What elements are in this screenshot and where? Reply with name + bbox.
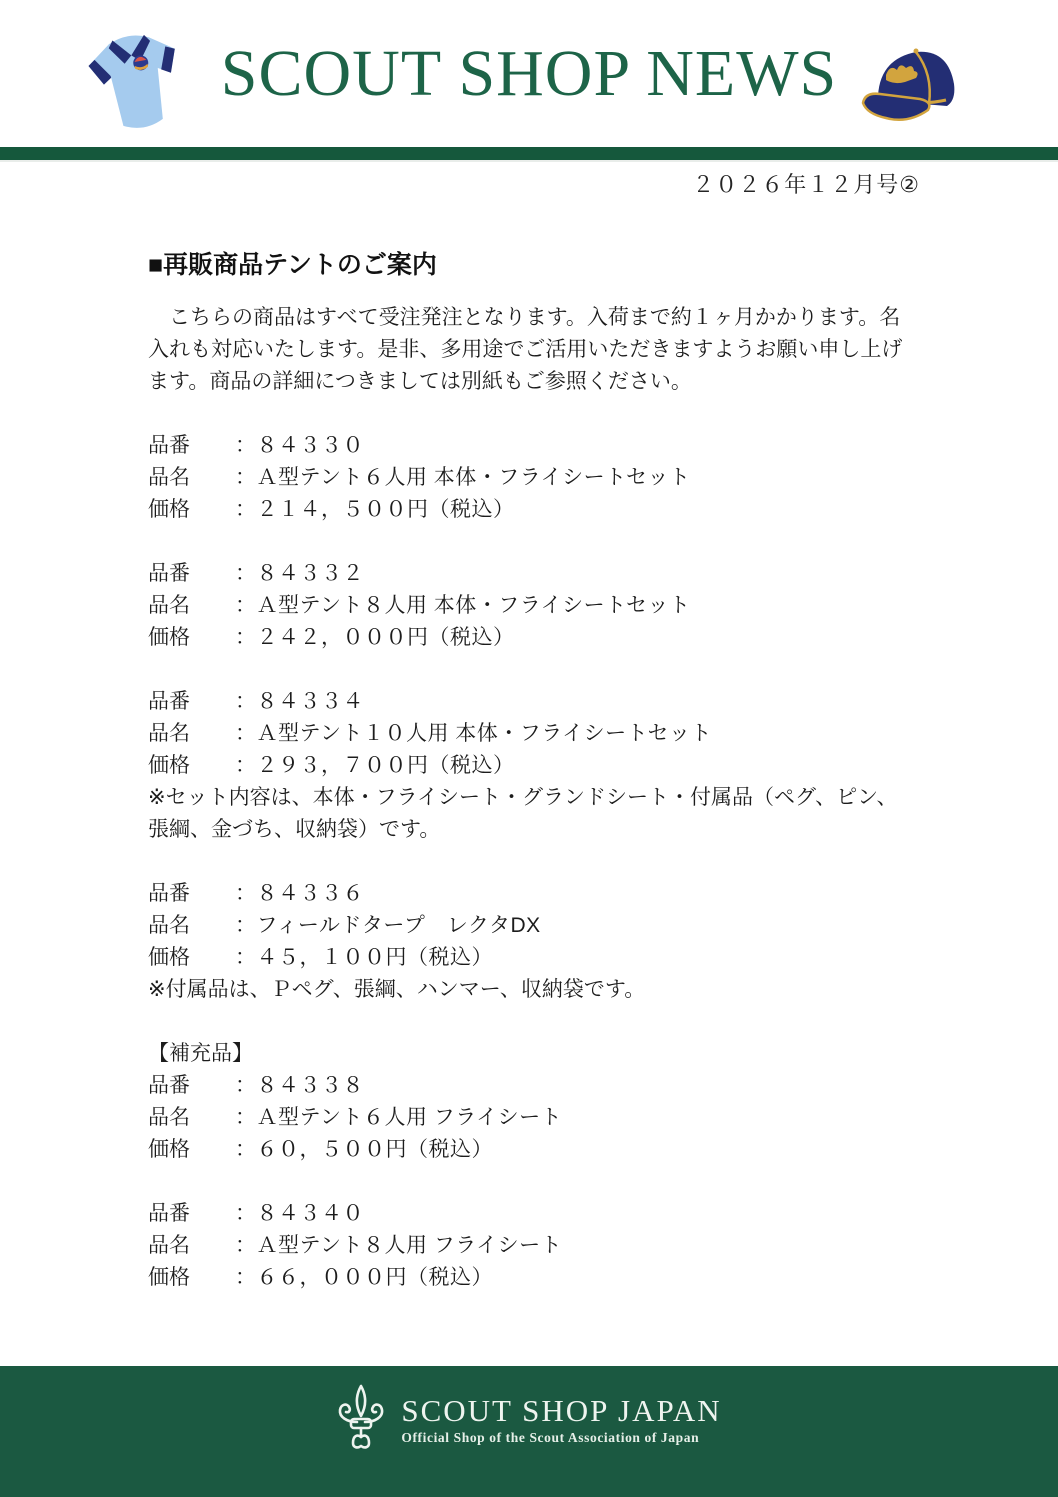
product-price: ：２１４，５００円（税込） — [235, 494, 515, 526]
product-entry: 品番 ：８４３３０ 品名 ：Ａ型テント６人用 本体・フライシートセット 価格 ：… — [148, 430, 920, 526]
product-name-row: 品名 ：Ａ型テント６人用 フライシート — [148, 1102, 920, 1134]
header-divider-bar — [0, 147, 1058, 162]
product-price-row: 価格 ：６０，５００円（税込） — [148, 1134, 920, 1166]
cap-icon — [856, 36, 968, 139]
intro-line: ます。商品の詳細につきましては別紙もご参照ください。 — [148, 366, 920, 398]
field-label: 品名 — [148, 910, 235, 942]
product-name-row: 品名 ：フィールドタープ レクタDX — [148, 910, 920, 942]
intro-paragraph: こちらの商品はすべて受注発注となります。入荷まで約１ヶ月かかります。名 入れも対… — [148, 302, 920, 398]
product-name-row: 品名 ：Ａ型テント８人用 本体・フライシートセット — [148, 590, 920, 622]
section-heading: ■再販商品テントのご案内 — [148, 248, 920, 282]
product-number-row: 品番 ：８４３３８ — [148, 1070, 920, 1102]
newsletter-page: SCOUT SHOP NEWS ２０２６年１２月号② ■再販商品テントのご案内 … — [0, 0, 1058, 1497]
masthead: SCOUT SHOP NEWS — [0, 0, 1058, 147]
field-label: 価格 — [148, 1134, 235, 1166]
product-price: ：２４２，０００円（税込） — [235, 622, 515, 654]
product-price-row: 価格 ：２４２，０００円（税込） — [148, 622, 920, 654]
field-label: 品番 — [148, 430, 235, 462]
field-label: 品名 — [148, 1102, 235, 1134]
set-contents-note: ※セット内容は、本体・フライシート・グランドシート・付属品（ペグ、ピン、 — [148, 782, 920, 814]
product-name: ：Ａ型テント６人用 フライシート — [235, 1102, 562, 1134]
product-number: ：８４３３４ — [235, 686, 364, 718]
field-label: 品番 — [148, 1070, 235, 1102]
product-number-row: 品番 ：８４３３４ — [148, 686, 920, 718]
field-label: 価格 — [148, 1262, 235, 1294]
product-price: ：６６，０００円（税込） — [235, 1262, 493, 1294]
product-price-row: 価格 ：４５，１００円（税込） — [148, 942, 920, 974]
product-number: ：８４３４０ — [235, 1198, 364, 1230]
intro-line: 入れも対応いたします。是非、多用途でご活用いただきますようお願い申し上げ — [148, 334, 920, 366]
product-name-row: 品名 ：Ａ型テント８人用 フライシート — [148, 1230, 920, 1262]
footer-banner: SCOUT SHOP JAPAN Official Shop of the Sc… — [0, 1366, 1058, 1497]
field-label: 品名 — [148, 462, 235, 494]
product-number: ：８４３３６ — [235, 878, 364, 910]
product-number: ：８４３３２ — [235, 558, 364, 590]
footer-logo: SCOUT SHOP JAPAN Official Shop of the Sc… — [0, 1366, 1058, 1457]
field-label: 品名 — [148, 590, 235, 622]
product-price: ：２９３，７００円（税込） — [235, 750, 515, 782]
product-price-row: 価格 ：６６，０００円（税込） — [148, 1262, 920, 1294]
field-label: 価格 — [148, 622, 235, 654]
product-number: ：８４３３８ — [235, 1070, 364, 1102]
field-label: 品名 — [148, 718, 235, 750]
product-price: ：４５，１００円（税込） — [235, 942, 493, 974]
product-number-row: 品番 ：８４３３６ — [148, 878, 920, 910]
product-name-row: 品名 ：Ａ型テント１０人用 本体・フライシートセット — [148, 718, 920, 750]
field-label: 品番 — [148, 686, 235, 718]
product-name: ：Ａ型テント８人用 本体・フライシートセット — [235, 590, 691, 622]
issue-date: ２０２６年１２月号② — [0, 170, 1058, 200]
field-label: 価格 — [148, 494, 235, 526]
field-label: 品番 — [148, 558, 235, 590]
product-entry: 品番 ：８４３３８ 品名 ：Ａ型テント６人用 フライシート 価格 ：６０，５００… — [148, 1070, 920, 1166]
field-label: 価格 — [148, 750, 235, 782]
field-label: 品名 — [148, 1230, 235, 1262]
field-label: 品番 — [148, 1198, 235, 1230]
supplement-section-heading: 【補充品】 — [148, 1038, 920, 1070]
field-label: 価格 — [148, 942, 235, 974]
product-number-row: 品番 ：８４３３２ — [148, 558, 920, 590]
product-entry: 品番 ：８４３３６ 品名 ：フィールドタープ レクタDX 価格 ：４５，１００円… — [148, 878, 920, 1006]
product-entry: 品番 ：８４３４０ 品名 ：Ａ型テント８人用 フライシート 価格 ：６６，０００… — [148, 1198, 920, 1294]
product-entry: 品番 ：８４３３２ 品名 ：Ａ型テント８人用 本体・フライシートセット 価格 ：… — [148, 558, 920, 654]
product-name: ：フィールドタープ レクタDX — [235, 910, 541, 942]
product-price: ：６０，５００円（税込） — [235, 1134, 493, 1166]
product-number: ：８４３３０ — [235, 430, 364, 462]
footer-subtitle: Official Shop of the Scout Association o… — [401, 1430, 721, 1446]
field-label: 品番 — [148, 878, 235, 910]
fleur-de-lis-icon — [336, 1384, 386, 1457]
intro-line: こちらの商品はすべて受注発注となります。入荷まで約１ヶ月かかります。名 — [148, 302, 920, 334]
product-name: ：Ａ型テント１０人用 本体・フライシートセット — [235, 718, 712, 750]
product-name: ：Ａ型テント６人用 本体・フライシートセット — [235, 462, 691, 494]
product-price-row: 価格 ：２９３，７００円（税込） — [148, 750, 920, 782]
document-body: ■再販商品テントのご案内 こちらの商品はすべて受注発注となります。入荷まで約１ヶ… — [0, 248, 1058, 1294]
product-name: ：Ａ型テント８人用 フライシート — [235, 1230, 562, 1262]
footer-title: SCOUT SHOP JAPAN — [401, 1395, 721, 1427]
product-price-row: 価格 ：２１４，５００円（税込） — [148, 494, 920, 526]
accessories-note: ※付属品は、Ｐペグ、張綱、ハンマー、収納袋です。 — [148, 974, 920, 1006]
product-name-row: 品名 ：Ａ型テント６人用 本体・フライシートセット — [148, 462, 920, 494]
set-contents-note: 張綱、金づち、収納袋）です。 — [148, 814, 920, 846]
product-number-row: 品番 ：８４３４０ — [148, 1198, 920, 1230]
product-number-row: 品番 ：８４３３０ — [148, 430, 920, 462]
product-entry: 品番 ：８４３３４ 品名 ：Ａ型テント１０人用 本体・フライシートセット 価格 … — [148, 686, 920, 846]
footer-wordmark: SCOUT SHOP JAPAN Official Shop of the Sc… — [401, 1395, 721, 1446]
